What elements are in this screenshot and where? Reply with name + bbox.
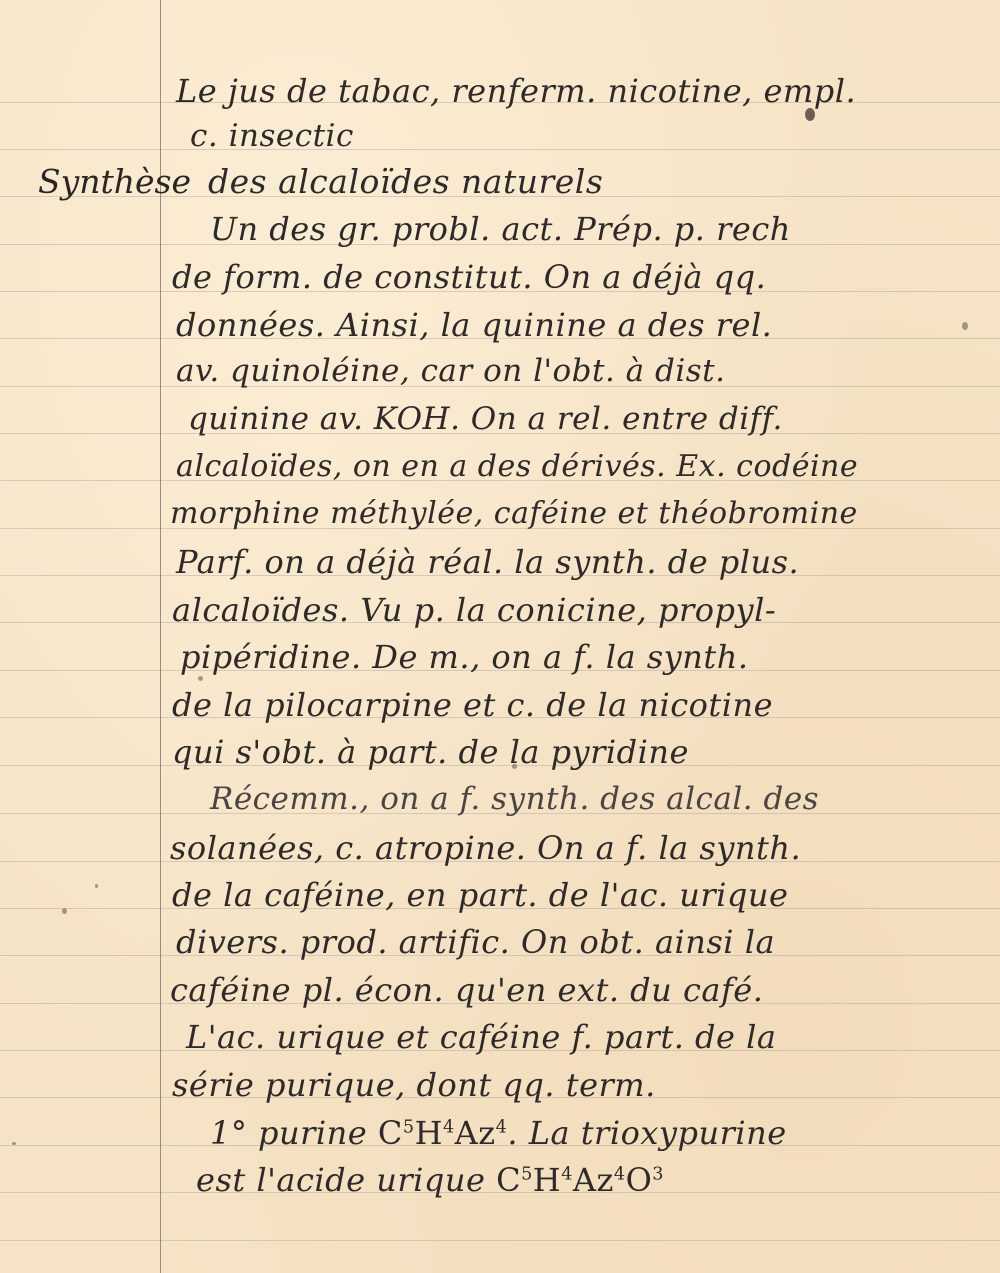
text-line: de la caféine, en part. de l'ac. urique xyxy=(172,876,788,914)
text-line: des alcaloïdes naturels xyxy=(208,162,603,201)
text-line: Le jus de tabac, renferm. nicotine, empl… xyxy=(176,72,856,110)
text-segment: . La trioxypurine xyxy=(507,1114,786,1152)
text-segment: est l'acide urique xyxy=(196,1161,496,1199)
text-line: qui s'obt. à part. de la pyridine xyxy=(172,733,689,771)
text-line: de form. de constitut. On a déjà qq. xyxy=(172,258,766,296)
text-line: Récemm., on a f. synth. des alcal. des xyxy=(210,781,819,817)
ink-speck xyxy=(95,884,98,888)
text-line: alcaloïdes, on en a des dérivés. Ex. cod… xyxy=(176,449,858,484)
chemical-formula-uric-acid: C5H4Az4O3 xyxy=(496,1161,664,1199)
text-line: divers. prod. artific. On obt. ainsi la xyxy=(176,923,775,961)
ruled-line xyxy=(0,1240,1000,1241)
text-line: c. insectic xyxy=(190,118,354,154)
text-line-formula: est l'acide urique C5H4Az4O3 xyxy=(196,1161,664,1199)
ink-speck xyxy=(12,1142,16,1145)
ink-speck xyxy=(198,676,203,681)
text-segment: 1° purine xyxy=(210,1114,378,1152)
ink-speck xyxy=(62,908,67,914)
text-line: Un des gr. probl. act. Prép. p. rech xyxy=(210,210,791,248)
text-line: av. quinoléine, car on l'obt. à dist. xyxy=(176,353,726,389)
text-line: solanées, c. atropine. On a f. la synth. xyxy=(170,829,801,867)
text-line: caféine pl. écon. qu'en ext. du café. xyxy=(170,971,763,1009)
text-line: Parf. on a déjà réal. la synth. de plus. xyxy=(176,543,799,581)
text-line: série purique, dont qq. term. xyxy=(172,1066,656,1104)
text-line: L'ac. urique et caféine f. part. de la xyxy=(186,1018,776,1056)
text-line: alcaloïdes. Vu p. la conicine, propyl- xyxy=(172,591,776,629)
ink-speck xyxy=(512,764,517,769)
ink-speck xyxy=(962,322,968,330)
text-line: morphine méthylée, caféine et théobromin… xyxy=(170,496,858,531)
text-line: données. Ainsi, la quinine a des rel. xyxy=(176,306,772,344)
notebook-page: Synthèse Le jus de tabac, renferm. nicot… xyxy=(0,0,1000,1273)
ink-blot xyxy=(805,108,815,121)
text-line: quinine av. KOH. On a rel. entre diff. xyxy=(188,401,783,437)
text-line-formula: 1° purine C5H4Az4. La trioxypurine xyxy=(210,1114,787,1152)
text-line: de la pilocarpine et c. de la nicotine xyxy=(172,686,773,724)
margin-heading: Synthèse xyxy=(38,162,191,201)
chemical-formula-purine: C5H4Az4 xyxy=(378,1114,507,1152)
ruled-line xyxy=(0,149,1000,150)
text-line: pipéridine. De m., on a f. la synth. xyxy=(180,638,748,676)
